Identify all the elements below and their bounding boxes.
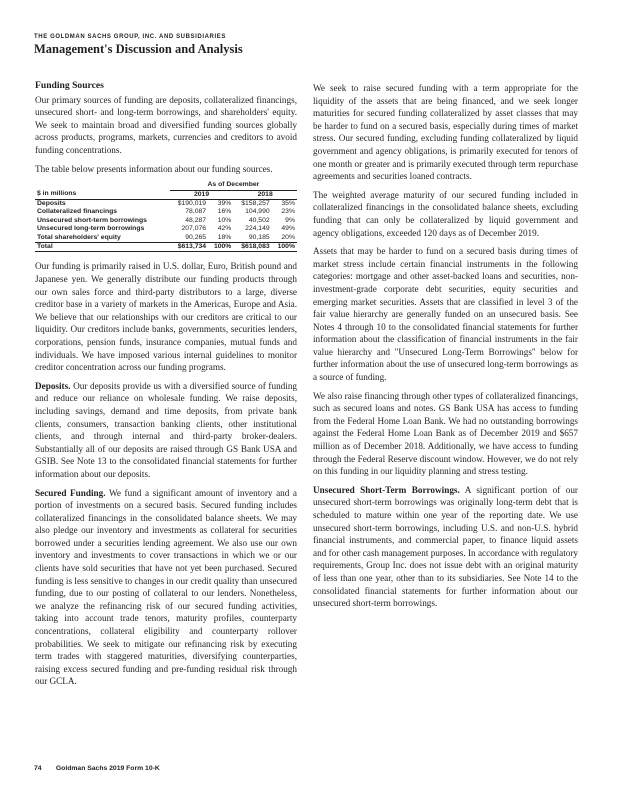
currency-paragraph: Our funding is primarily raised in U.S. … bbox=[35, 260, 297, 373]
deposits-text: Our deposits provide us with a diversifi… bbox=[35, 381, 297, 479]
table-row: Unsecured long-term borrowings 207,076 4… bbox=[35, 225, 297, 233]
deposits-paragraph: Deposits. Our deposits provide us with a… bbox=[35, 380, 297, 481]
table-row: Collateralized financings 78,087 16% 104… bbox=[35, 208, 297, 216]
unsecured-short-term-paragraph: Unsecured Short-Term Borrowings. A signi… bbox=[313, 484, 578, 610]
right-column: We seek to raise secured funding with a … bbox=[313, 82, 578, 616]
unit-label: $ in millions bbox=[35, 190, 170, 199]
publication-name: Goldman Sachs 2019 Form 10-K bbox=[56, 765, 160, 772]
year-header-2019: 2019 bbox=[170, 190, 234, 199]
left-column: Funding Sources Our primary sources of f… bbox=[35, 80, 297, 694]
company-name: The Goldman Sachs Group, Inc. and Subsid… bbox=[34, 33, 594, 41]
secured-funding-paragraph: Secured Funding. We fund a significant a… bbox=[35, 487, 297, 689]
hard-to-fund-assets-paragraph: Assets that may be harder to fund on a s… bbox=[313, 245, 578, 384]
table-intro-paragraph: The table below presents information abo… bbox=[35, 163, 297, 176]
table-header-row: $ in millions 2019 2018 bbox=[35, 190, 297, 199]
other-financing-paragraph: We also raise financing through other ty… bbox=[313, 390, 578, 478]
page-footer: 74 Goldman Sachs 2019 Form 10-K bbox=[34, 765, 160, 772]
weighted-maturity-paragraph: The weighted average maturity of our sec… bbox=[313, 189, 578, 239]
page-header: The Goldman Sachs Group, Inc. and Subsid… bbox=[34, 33, 594, 56]
funding-sources-table: As of December $ in millions 2019 2018 D… bbox=[35, 181, 297, 252]
unsecured-short-term-text: A significant portion of our unsecured s… bbox=[313, 485, 578, 608]
page-number: 74 bbox=[34, 765, 54, 772]
secured-funding-text: We fund a significant amount of inventor… bbox=[35, 488, 297, 687]
table-row: Unsecured short-term borrowings 48,287 1… bbox=[35, 217, 297, 225]
section-heading-funding-sources: Funding Sources bbox=[35, 80, 297, 93]
table-row: Deposits $190,019 39% $158,257 35% bbox=[35, 199, 297, 208]
unsecured-short-term-heading: Unsecured Short-Term Borrowings. bbox=[313, 485, 460, 495]
secured-funding-heading: Secured Funding. bbox=[35, 488, 106, 498]
table-total-row: Total $613,734 100% $618,083 100% bbox=[35, 243, 297, 252]
deposits-heading: Deposits. bbox=[35, 381, 70, 391]
secured-term-paragraph: We seek to raise secured funding with a … bbox=[313, 82, 578, 183]
table-row: Total shareholders' equity 90,265 18% 90… bbox=[35, 234, 297, 243]
table-super-header-row: As of December bbox=[35, 181, 297, 190]
intro-paragraph: Our primary sources of funding are depos… bbox=[35, 94, 297, 157]
as-of-december-header: As of December bbox=[170, 181, 297, 190]
page-title: Management's Discussion and Analysis bbox=[34, 42, 594, 56]
year-header-2018: 2018 bbox=[233, 190, 297, 199]
